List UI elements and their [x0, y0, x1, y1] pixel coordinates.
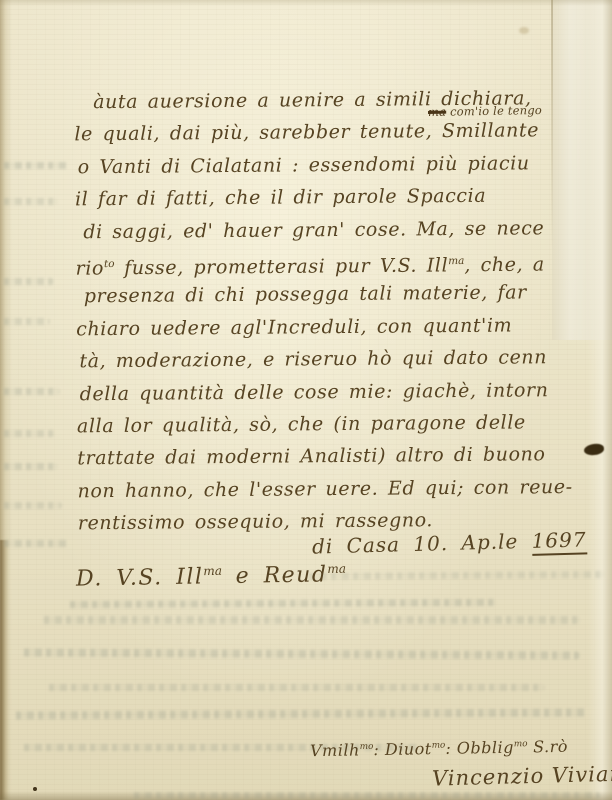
letter-line: trattate dai moderni Analisti) altro di …: [77, 438, 611, 475]
bleed-through-mark: [305, 571, 605, 580]
bleed-through-mark: [12, 708, 587, 719]
letter-line: o Vanti di Cialatani : essendomi più pia…: [75, 146, 609, 183]
letter-line: di saggi, ed' hauer gran' cose. Ma, se n…: [75, 211, 609, 248]
paper-edge-bottom: [0, 791, 612, 800]
letter-line: chiaro uedere agl'Increduli, con quant'i…: [76, 308, 610, 345]
signature: Vincenzio Viviani: [432, 761, 612, 790]
interlinear-correction: ma com'io le tengo: [428, 103, 542, 119]
letter-line: il far di fatti, che il dir parole Spacc…: [75, 179, 609, 216]
letter-line: alla lor qualità, sò, che (in paragone d…: [77, 406, 611, 443]
struck-word: ma: [428, 105, 446, 119]
letter-line: presenza di chi possegga tali materie, f…: [76, 276, 610, 313]
manuscript-letter-page: àuta auersione a uenire a simili dichiar…: [0, 0, 612, 800]
paper-deckle-edge: [0, 540, 9, 800]
letter-line: della quantità delle cose mie: giachè, i…: [77, 373, 611, 410]
closing-honorifics: Vmilhmo: Diuotmo: Obbligmo S.rò: [310, 737, 568, 760]
salutation: D. V.S. Illma e Reudma: [76, 562, 347, 592]
letter-line: rioto fusse, prometterasi pur V.S. Illma…: [75, 244, 609, 281]
letter-line: tà, moderazione, e riseruo hò qui dato c…: [76, 341, 610, 378]
inserted-words: com'io le tengo: [450, 103, 542, 119]
paper-edge-top: [0, 0, 612, 6]
paper-stain: [519, 27, 529, 34]
dateline-place: di Casa 10. Ap.le: [312, 529, 519, 558]
bleed-through-mark: [40, 616, 580, 624]
bleed-through-mark: [20, 649, 580, 660]
letter-line: non hanno, che l'esser uere. Ed qui; con…: [77, 470, 611, 507]
letter-body: àuta auersione a uenire a simili dichiar…: [74, 82, 612, 540]
bleed-through-mark: [66, 599, 496, 608]
bleed-through-mark: [45, 684, 545, 691]
dateline-year: 1697: [531, 527, 587, 555]
letter-line: le quali, dai più, sarebber tenute, Smil…: [74, 114, 608, 151]
ink-speck: [33, 787, 37, 791]
